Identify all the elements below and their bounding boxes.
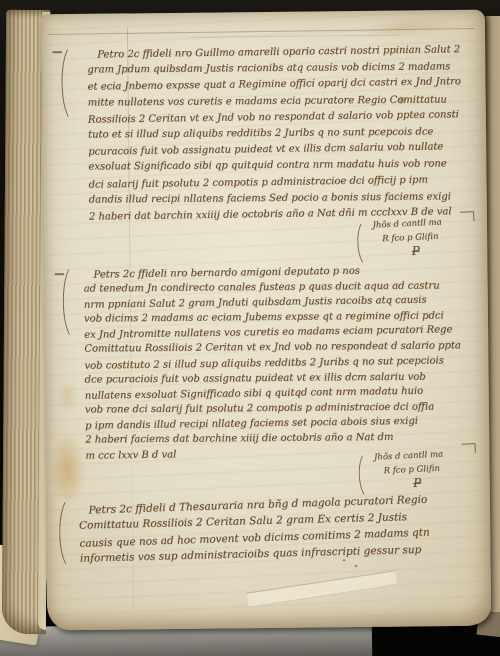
margin-stain-small xyxy=(57,380,79,414)
note-bracket-tick xyxy=(461,443,475,454)
manuscript-photo: Petro 2c ffideli nro Guillmo amarelli op… xyxy=(0,0,500,656)
chancery-note: Jhõs d cantll ma R fco p Glifin P xyxy=(372,215,478,260)
note-bracket-tick xyxy=(460,211,474,222)
manuscript-entry-3: Petrs 2c ffideli d Thesauraria nra bñg d… xyxy=(78,492,430,567)
manuscript-entry-2: Petrs 2c ffideli nro bernardo amigoni de… xyxy=(83,263,462,463)
entry-opening-flourish xyxy=(61,43,88,123)
manuscript-entry-1: Petro 2c ffideli nro Guillmo amarelli op… xyxy=(87,43,462,225)
margin-dash xyxy=(54,273,64,275)
manuscript-page: Petro 2c ffideli nro Guillmo amarelli op… xyxy=(41,10,491,631)
chancery-note: Jhõs d cantll ma R fco p Glifin P xyxy=(374,447,480,492)
bottom-diagonal-crease xyxy=(247,570,398,607)
ink-speck xyxy=(354,565,357,568)
margin-stain-large xyxy=(49,432,86,500)
margin-dash xyxy=(52,51,62,53)
top-right-stain xyxy=(362,11,456,41)
